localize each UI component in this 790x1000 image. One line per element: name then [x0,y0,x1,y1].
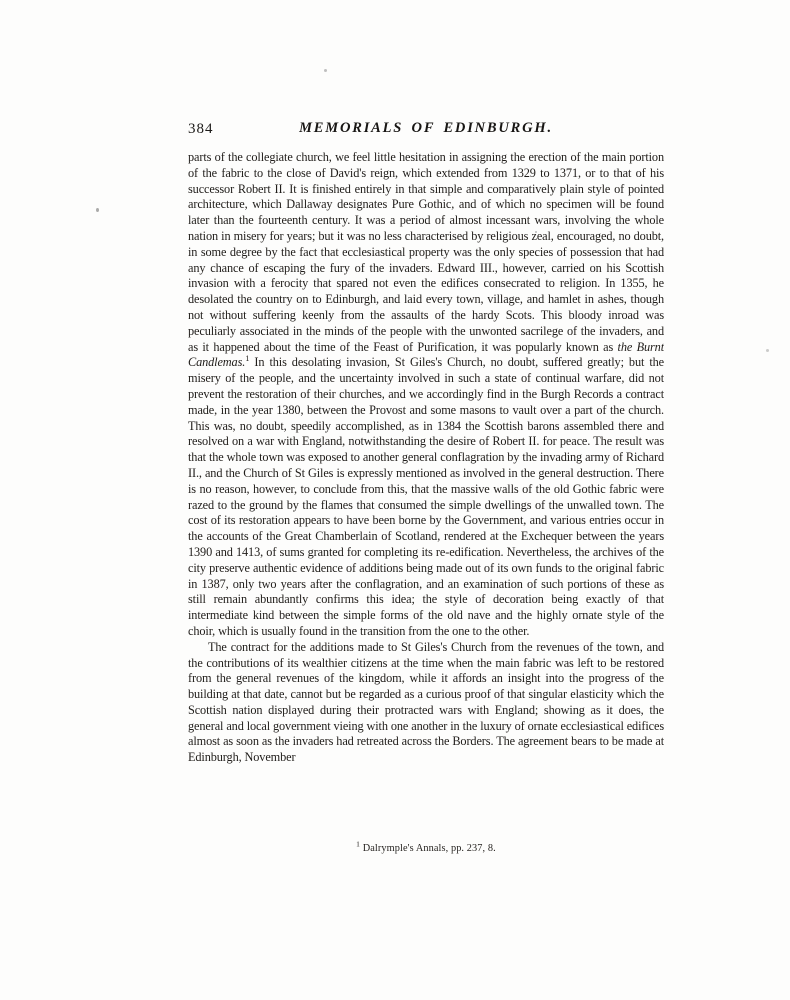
page-header: 384 MEMORIALS OF EDINBURGH. [188,120,664,140]
footnote: 1 Dalrymple's Annals, pp. 237, 8. [188,843,664,854]
paragraph-2: The contract for the additions made to S… [188,640,664,766]
footnote-text: Dalrymple's Annals, pp. 237, 8. [363,843,496,854]
body-text: parts of the collegiate church, we feel … [188,150,664,842]
scan-speck [96,208,99,212]
running-title: MEMORIALS OF EDINBURGH. [188,120,664,137]
scan-speck [535,231,537,233]
scan-speck [324,69,327,72]
scan-speck [766,349,769,352]
footnote-marker-1: 1 [356,840,360,849]
book-page: 384 MEMORIALS OF EDINBURGH. parts of the… [0,0,790,1000]
paragraph-1-text-before-italic: parts of the collegiate church, we feel … [188,150,664,354]
paragraph-1: parts of the collegiate church, we feel … [188,150,664,640]
paragraph-1-text-after-italic: In this desolating invasion, St Giles's … [188,355,664,638]
